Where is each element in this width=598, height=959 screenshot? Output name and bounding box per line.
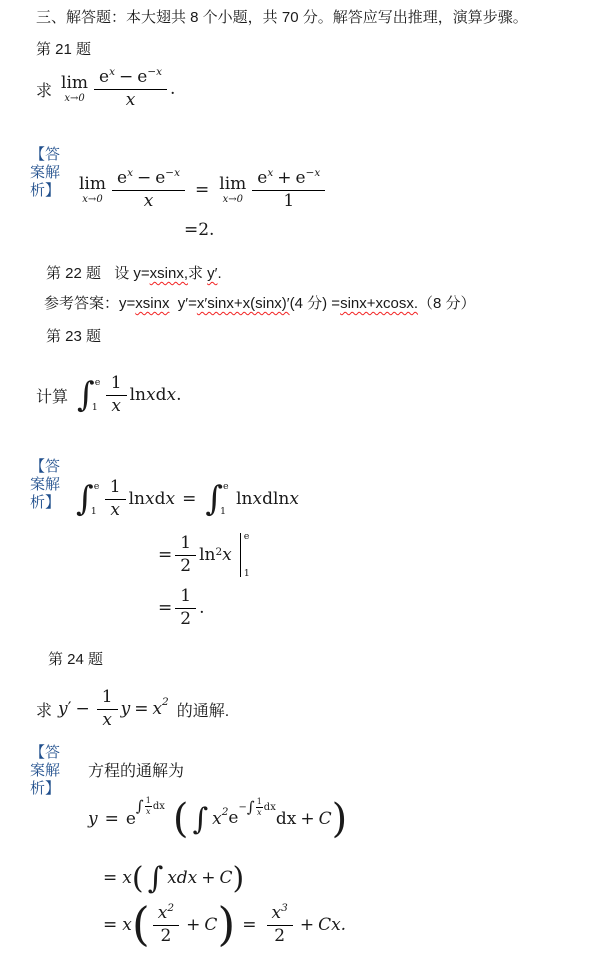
math-token: + [201, 868, 215, 888]
math-token: Cx. [318, 915, 346, 935]
problem-prefix: 求 [36, 698, 52, 721]
math-token: x [152, 699, 162, 719]
lower-bound: 1 [91, 506, 97, 517]
superscript: −x [165, 167, 180, 179]
math-token: e [137, 67, 147, 87]
text-run: 求 [188, 265, 207, 282]
math-token: d [156, 385, 167, 405]
math-token: y [121, 699, 131, 719]
math-token: d [155, 489, 166, 509]
misspelled-text: sinx+xcosx. [340, 295, 418, 312]
math-token: − [76, 699, 90, 719]
math-token: lim [61, 75, 88, 92]
math-token: dx [153, 802, 165, 812]
math-token: xdx [167, 868, 197, 888]
fraction-denominator: 1 [283, 191, 294, 211]
q24-solution-eq3: = x ( x22 + C ) = x32 + Cx. [103, 898, 346, 952]
integral-bounds: e1 [223, 481, 229, 517]
fraction-denominator: x [110, 500, 120, 520]
q24-title: 第 24 题 [48, 650, 103, 669]
answer-label-line: 析】 [30, 182, 60, 200]
limit-stack: limx→0 [219, 176, 246, 205]
math-token: y [58, 699, 68, 719]
math-token: + [277, 168, 291, 188]
fraction-numerator: 1 [105, 479, 126, 500]
superscript: −x [306, 167, 321, 179]
answer-label-line: 【答 [30, 146, 60, 164]
superscript: 2 [167, 902, 174, 914]
q24-solution-eq2: = x ( ∫ xdx + C ) [103, 858, 244, 898]
answer-label-line: 案解 [30, 164, 60, 182]
superscript: 2 [215, 546, 222, 558]
math-token: ln [130, 385, 146, 405]
integral-sign: ∫ [247, 801, 255, 815]
superscript: 3 [281, 902, 288, 914]
lower-bound: 1 [244, 568, 250, 579]
problem-suffix: 的通解. [177, 698, 229, 721]
math-token: . [176, 385, 181, 405]
fraction-denominator: 2 [161, 926, 172, 946]
superscript: x [127, 167, 133, 179]
math-token: lim [219, 176, 246, 193]
fraction-denominator: 2 [274, 926, 285, 946]
fraction-numerator: 1 [175, 535, 196, 556]
math-token: x [289, 489, 299, 509]
q21-problem: 求 limx→0 ex−e−x x . [36, 64, 175, 114]
equals-sign: = [158, 545, 172, 565]
math-token: x [122, 868, 132, 888]
answer-label-line: 【答 [30, 744, 60, 762]
integral: ∫e1 [77, 377, 101, 413]
equals-sign: = [103, 868, 117, 888]
fraction-denominator: x [144, 191, 154, 211]
math-token: e [296, 168, 306, 188]
fraction-denominator: x [102, 710, 112, 730]
q22-stem-text: 设 y=xsinx,求 y′. [114, 265, 221, 282]
superscript: 2 [162, 697, 169, 708]
tiny-fraction: 1x [145, 797, 152, 816]
close-paren: ) [233, 865, 245, 892]
limit-stack: limx→0 [79, 176, 106, 205]
superscript: 2 [222, 807, 229, 818]
q24-solution-eq1: y = e∫1xdx ( ∫ x2 e−∫1xdx dx + C ) [88, 788, 347, 850]
q24-problem: 求 y′ − 1x y = x2 的通解. [36, 684, 229, 734]
answer-label-line: 析】 [30, 494, 60, 512]
math-token: − [119, 67, 133, 87]
fraction: x32 [267, 905, 293, 946]
exponent-group: ∫1xdx [136, 797, 165, 816]
text-run: （8 分） [418, 295, 476, 312]
q23-solution-line1: ∫e1 1x lnxdx = ∫e1 lnxdlnx [74, 470, 299, 528]
math-run: ln2x [199, 545, 232, 565]
equals-sign: = [158, 598, 172, 618]
fraction: 1x [106, 375, 127, 416]
close-paren: ) [332, 801, 348, 837]
fraction: 12 [175, 535, 196, 576]
math-token: x [166, 385, 176, 405]
open-paren: ( [173, 801, 189, 837]
answer-label-line: 【答 [30, 458, 60, 476]
math-token: x [158, 903, 168, 923]
misspelled-text: x′sinx+x(sinx)′ [197, 295, 290, 312]
math-token: − [238, 803, 246, 813]
math-token: x [272, 903, 282, 923]
integral-bounds: e1 [95, 377, 101, 413]
fraction-denominator: 2 [180, 556, 191, 576]
integral: ∫e1 [76, 481, 100, 517]
math-token: x [122, 915, 132, 935]
equals-sign: = [195, 180, 209, 200]
evaluation-bar: e1 [240, 531, 250, 579]
fraction-numerator: 1 [256, 798, 263, 808]
fraction-numerator: ex+e−x [252, 170, 325, 191]
fraction-denominator: x [146, 807, 151, 816]
open-paren: ( [132, 865, 144, 892]
answer-label-line: 析】 [30, 780, 60, 798]
misspelled-text: xsinx [135, 295, 169, 312]
math-token: C [319, 809, 332, 829]
integral-bounds: e1 [94, 481, 100, 517]
fraction: 1x [105, 479, 126, 520]
equals-sign: = [182, 489, 196, 509]
fraction-numerator: ex−e−x [112, 170, 185, 191]
limit-stack: limx→0 [61, 75, 88, 104]
fraction-numerator: 1 [145, 797, 152, 807]
math-token: ln [273, 489, 289, 509]
fraction-numerator: x2 [153, 905, 179, 926]
q24-answer-label: 【答 案解 析】 [30, 744, 60, 798]
math-token: x [212, 809, 222, 829]
upper-bound: e [95, 377, 101, 388]
math-token: e [126, 809, 136, 829]
misspelled-text: xsinx, [150, 265, 188, 282]
math-token: + [300, 915, 314, 935]
fraction: ex−e−x x [112, 170, 185, 211]
math-token: e [257, 168, 267, 188]
fraction: ex−e−x x [94, 69, 167, 110]
math-token: dx [264, 803, 276, 813]
limit-subscript: x→0 [223, 195, 243, 205]
math-run: lnxdx [129, 489, 175, 509]
answer-prefix: 参考答案： [44, 295, 119, 312]
math-token: . [170, 79, 175, 99]
q21-solution-result: =2. [184, 220, 214, 240]
limit-subscript: x→0 [64, 94, 84, 104]
text-run: 设 y= [114, 265, 149, 282]
math-token: ln [129, 489, 145, 509]
math-token: d [262, 489, 273, 509]
math-token: dx [276, 809, 296, 829]
math-token: + [186, 915, 200, 935]
math-token: ln [236, 489, 252, 509]
tiny-fraction: 1x [256, 798, 263, 817]
text-run: (4 分) = [290, 295, 340, 312]
section-instructions: 三、解答题：本大翅共 8 个小题，共 70 分。解答应写出推理，演算步骤。 [36, 8, 576, 27]
fraction-numerator: 1 [97, 689, 118, 710]
upper-bound: e [244, 531, 250, 542]
integral-sign: ∫ [136, 800, 144, 814]
q24-solution-intro: 方程的通解为 [88, 758, 184, 781]
math-token: e [155, 168, 165, 188]
answer-label-line: 案解 [30, 476, 60, 494]
q21-answer-label: 【答 案解 析】 [30, 146, 60, 200]
integral: ∫e1 [205, 481, 229, 517]
misspelled-text: y′ [207, 265, 217, 282]
q23-solution-line2: = 12 ln2x e1 [158, 528, 250, 582]
math-token: e [228, 808, 238, 828]
limit-subscript: x→0 [82, 195, 102, 205]
math-token: e [99, 67, 109, 87]
superscript: x [109, 66, 115, 78]
superscript: −x [147, 66, 162, 78]
superscript: x [267, 167, 273, 179]
open-paren: ( [132, 904, 150, 945]
math-token: + [300, 809, 314, 829]
evaluation-bounds: e1 [244, 531, 250, 579]
e-with-exponent: e∫1xdx [126, 809, 165, 829]
fraction-numerator: 1 [106, 375, 127, 396]
lower-bound: 1 [92, 402, 98, 413]
text-run: . [217, 265, 221, 282]
e-with-exponent: e−∫1xdx [228, 808, 275, 831]
math-token: e [117, 168, 127, 188]
math-token: lim [79, 176, 106, 193]
fraction: x22 [153, 905, 179, 946]
integral-sign: ∫ [148, 865, 164, 892]
equals-sign: = [134, 699, 148, 719]
math-token: − [137, 168, 151, 188]
fraction-numerator: 1 [175, 588, 196, 609]
prime-mark: ′ [68, 699, 72, 719]
fraction: ex+e−x 1 [252, 170, 325, 211]
math-token: . [199, 598, 204, 618]
fraction-numerator: ex−e−x [94, 69, 167, 90]
fraction-denominator: x [126, 90, 136, 110]
math-run: lnxdx. [130, 385, 182, 405]
math-token: x [165, 489, 175, 509]
exponent-group: −∫1xdx [238, 798, 275, 817]
fraction-numerator: x3 [267, 905, 293, 926]
q21-title: 第 21 题 [36, 40, 91, 59]
math-run: lnxdlnx [236, 489, 299, 509]
fraction-denominator: x [111, 396, 121, 416]
q23-title: 第 23 题 [46, 327, 101, 346]
math-token: x [222, 545, 232, 565]
math-token: y [88, 809, 98, 829]
fraction: 12 [175, 588, 196, 629]
equals-sign: = [242, 915, 256, 935]
math-token: x [145, 489, 155, 509]
integral-sign: ∫ [193, 806, 209, 833]
text-run: y′= [169, 295, 196, 312]
document-page: 三、解答题：本大翅共 8 个小题，共 70 分。解答应写出推理，演算步骤。 第 … [0, 0, 598, 959]
math-token: x [146, 385, 156, 405]
q22-title: 第 22 题 [46, 265, 101, 282]
q22-stem: 第 22 题 设 y=xsinx,求 y′. [46, 264, 222, 283]
answer-label-line: 案解 [30, 762, 60, 780]
lower-bound: 1 [220, 506, 226, 517]
problem-prefix: 计算 [36, 384, 68, 407]
close-paren: ) [217, 904, 235, 945]
fraction-denominator: x [257, 808, 262, 817]
text-run: y= [119, 295, 135, 312]
upper-bound: e [94, 481, 100, 492]
problem-prefix: 求 [36, 78, 52, 101]
q23-answer-label: 【答 案解 析】 [30, 458, 60, 512]
math-token: C [220, 868, 233, 888]
math-token: C [204, 915, 217, 935]
equals-sign: = [103, 915, 117, 935]
math-token: ln [199, 545, 215, 565]
q23-solution-line3: = 12 . [158, 584, 204, 632]
upper-bound: e [223, 481, 229, 492]
math-token: x [252, 489, 262, 509]
vertical-bar [240, 533, 241, 577]
equals-sign: = [105, 809, 119, 829]
q22-reference-answer: 参考答案：y=xsinx y′=x′sinx+x(sinx)′(4 分) =si… [44, 294, 476, 313]
q21-solution-eq1: limx→0 ex−e−x x = limx→0 ex+e−x 1 [76, 162, 328, 218]
fraction-denominator: 2 [180, 609, 191, 629]
fraction: 1x [97, 689, 118, 730]
q23-problem: 计算 ∫e1 1x lnxdx. [36, 366, 181, 424]
